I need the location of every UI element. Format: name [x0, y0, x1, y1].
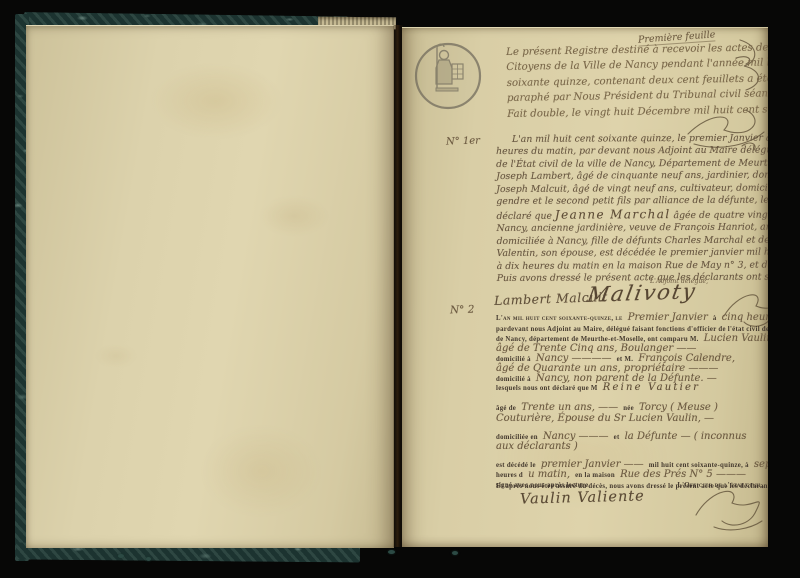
deceased-name: Reine Vautier: [603, 382, 700, 393]
act1-margin-label: N° 1er: [446, 135, 480, 147]
act1-paragraph: L'an mil huit cent soixante quinze, le p…: [496, 132, 768, 286]
printed-segment: signé avec nous après lecture.: [496, 482, 590, 489]
act1-line: heures du matin, par devant nous Adjoint…: [496, 144, 768, 159]
printed-segment: et: [614, 434, 620, 441]
form-row-deceased-occupation: Couturière, Épouse du Sr Lucien Vaulin, …: [496, 406, 714, 425]
archive-seal-stamp-icon: [410, 38, 486, 114]
deceased-name: Jeanne Marchal: [555, 207, 671, 222]
handwritten-segment: sept: [754, 459, 768, 470]
cover-speck: [388, 550, 395, 554]
act1-officer-signature: Malivoty: [586, 279, 699, 307]
cover-speck: [452, 551, 458, 555]
register-photo-scene: Première feuille Le présent Registre des…: [0, 0, 800, 578]
handwritten-segment: la Défunte — ( inconnus: [625, 431, 747, 442]
form-row-deceased-name: lesquels nous ont déclaré que M Reine Va…: [496, 375, 700, 394]
act1-line-with-name: déclaré que Jeanne Marchal âgée de quatr…: [496, 207, 768, 224]
handwritten-segment: aux déclarants ): [496, 441, 578, 452]
act1-line-fragment: âgée de quatre vingt huit ans, née à: [671, 209, 768, 221]
handwritten-segment: Couturière, Épouse du Sr Lucien Vaulin, …: [496, 413, 714, 424]
act2-declarant-signatures: Vaulin Valiente: [520, 488, 645, 507]
form-row-parents: aux déclarants ): [496, 434, 578, 453]
act2-margin-label: N° 2: [450, 304, 475, 317]
act1-line: Nancy, ancienne jardinière, veuve de Fra…: [496, 221, 768, 236]
left-page-blank: [26, 25, 394, 548]
act1-line-fragment: déclaré que: [496, 210, 555, 221]
cover-speck: [146, 557, 151, 561]
handwritten-segment: Lucien Vaulin,: [704, 333, 768, 344]
cover-speck: [118, 554, 124, 558]
printed-segment: lesquels nous ont déclaré que M: [496, 385, 598, 392]
act1-line: Valentin, son épouse, est décédée le pre…: [497, 246, 768, 261]
act2-signature-flourish-icon: [694, 483, 768, 533]
right-page: Première feuille Le présent Registre des…: [402, 27, 768, 547]
act1-line: Joseph Lambert, âgé de cinquante neuf an…: [496, 169, 768, 184]
